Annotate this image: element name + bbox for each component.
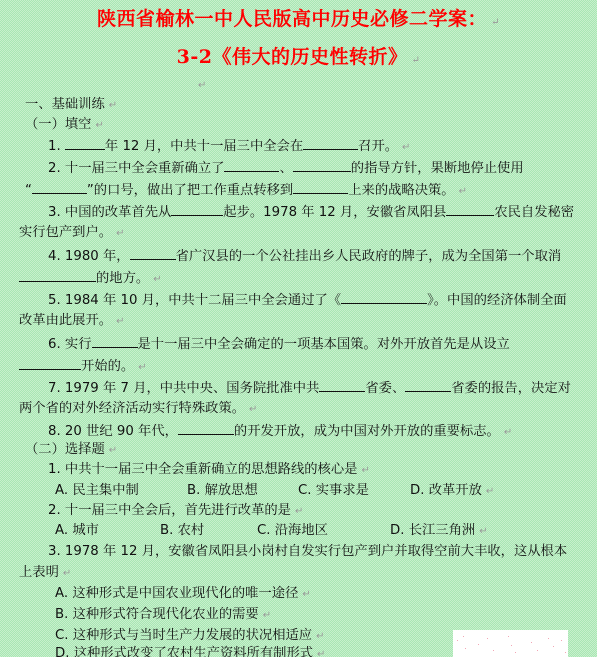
choice-option-2c[interactable]: C. 沿海地区	[257, 522, 328, 540]
option-text: B. 解放思想	[187, 483, 258, 498]
paragraph-mark-icon: ↵	[116, 316, 124, 327]
option-text: B. 这种形式符合现代化农业的需要	[55, 607, 259, 622]
item-text: 2. 十一届三中全会重新确立了	[48, 161, 224, 176]
subsection-heading-choice: （二）选择题↵	[25, 441, 117, 460]
paragraph-mark-icon: ↵	[302, 589, 310, 600]
item-text: 》。中国的经济体制全面	[427, 293, 567, 308]
paragraph-mark-icon: ↵	[153, 274, 161, 285]
item-text: 7. 1979 年 7 月，中共中央、国务院批准中共	[48, 381, 319, 396]
subtitle-text: 3-2《伟大的历史性转折》	[177, 46, 408, 68]
option-text: D. 改革开放	[410, 483, 482, 498]
paragraph-mark-icon: ↵	[263, 610, 271, 621]
item-text: “	[25, 183, 32, 198]
item-text: 年 12 月，中共十一届三中全会在	[105, 139, 303, 154]
paragraph-mark-icon: ↵	[116, 228, 124, 239]
item-text: 召开。	[358, 139, 398, 154]
choice-option-1a[interactable]: A. 民主集中制	[55, 482, 139, 500]
document-title-line2: 3-2《伟大的历史性转折》↵	[0, 42, 597, 69]
fill-item-4: 4. 1980 年，省广汉县的一个公社挂出乡人民政府的牌子，成为全国第一个取消	[48, 246, 561, 266]
choice-option-3b[interactable]: B. 这种形式符合现代化农业的需要↵	[55, 606, 271, 625]
blank-field[interactable]	[405, 378, 451, 392]
paragraph-mark-icon: ↵	[459, 186, 467, 197]
paragraph-mark-icon: ↵	[295, 506, 303, 517]
paragraph-mark-icon: ↵	[249, 404, 257, 415]
item-text: 农民自发秘密	[494, 205, 574, 220]
choice-question-3-cont: 上表明↵	[19, 564, 71, 583]
paragraph-mark-icon: ↵	[63, 568, 71, 579]
paragraph-mark-icon: ↵	[402, 142, 410, 153]
option-text: A. 城市	[55, 523, 99, 538]
item-text: 的指导方针，果断地停止使用	[351, 161, 524, 176]
choice-option-3a[interactable]: A. 这种形式是中国农业现代化的唯一途径↵	[55, 585, 311, 604]
watermark-logo	[453, 630, 568, 657]
question-stem: 3. 1978 年 12 月，安徽省凤阳县小岗村自发实行包产到户并取得空前大丰收…	[48, 544, 567, 559]
fill-item-7-cont: 两个省的对外经济活动实行特殊政策。↵	[19, 400, 257, 419]
fill-item-2-cont: “”的口号，做出了把工作重点转移到上来的战略决策。↵	[25, 180, 467, 201]
blank-field[interactable]	[341, 290, 427, 304]
choice-question-1: 1. 中共十一届三中全会重新确立的思想路线的核心是↵	[48, 461, 370, 480]
item-text: 省委、	[365, 381, 405, 396]
item-text: 省广汉县的一个公社挂出乡人民政府的牌子，成为全国第一个取消	[176, 249, 562, 264]
fill-item-3-cont: 实行包产到户。↵	[19, 224, 124, 243]
paragraph-mark-icon: ↵	[109, 100, 117, 111]
item-text: 起步。1978 年 12 月，安徽省凤阳县	[223, 205, 446, 220]
option-text: A. 这种形式是中国农业现代化的唯一途径	[55, 586, 298, 601]
question-stem: 1. 中共十一届三中全会重新确立的思想路线的核心是	[48, 462, 357, 477]
choice-option-3c[interactable]: C. 这种形式与当时生产力发展的状况相适应↵	[55, 627, 324, 646]
choice-option-1d[interactable]: D. 改革开放↵	[410, 482, 494, 501]
option-text: B. 农村	[160, 523, 204, 538]
blank-field[interactable]	[92, 334, 138, 348]
blank-field[interactable]	[293, 158, 351, 172]
item-text: 改革由此展开。	[19, 313, 112, 328]
option-text: C. 这种形式与当时生产力发展的状况相适应	[55, 628, 312, 643]
choice-question-3: 3. 1978 年 12 月，安徽省凤阳县小岗村自发实行包产到户并取得空前大丰收…	[48, 543, 567, 561]
fill-item-3: 3. 中国的改革首先从起步。1978 年 12 月，安徽省凤阳县农民自发秘密	[48, 202, 574, 222]
fill-item-1: 1. 年 12 月，中共十一届三中全会在召开。↵	[48, 136, 410, 157]
blank-field[interactable]	[130, 246, 176, 260]
blank-field[interactable]	[293, 180, 348, 194]
fill-item-5-cont: 改革由此展开。↵	[19, 312, 124, 331]
item-text: 5. 1984 年 10 月，中共十二届三中全会通过了《	[48, 293, 341, 308]
paragraph-mark-icon: ↵	[317, 649, 325, 657]
item-text: 4. 1980 年，	[48, 249, 130, 264]
document-title-line1: 陕西省榆林一中人民版高中历史必修二学案：↵	[0, 4, 597, 31]
subsection-heading-fill: （一）填空↵	[25, 116, 104, 135]
option-text: C. 实事求是	[298, 483, 369, 498]
item-text: 省委的报告，决定对	[451, 381, 571, 396]
blank-field[interactable]	[19, 268, 96, 282]
item-text: 的地方。	[96, 271, 149, 286]
paragraph-mark-icon: ↵	[109, 445, 117, 456]
paragraph-mark-icon: ↵	[361, 465, 369, 476]
paragraph-mark-icon: ↵	[479, 526, 487, 537]
option-text: D. 这种形式改变了农村生产资料所有制形式	[55, 646, 313, 657]
item-text: 开始的。	[81, 359, 134, 374]
question-stem: 上表明	[19, 565, 59, 580]
fill-item-7: 7. 1979 年 7 月，中共中央、国务院批准中共省委、省委的报告，决定对	[48, 378, 571, 398]
blank-field[interactable]	[319, 378, 365, 392]
option-text: C. 沿海地区	[257, 523, 328, 538]
item-text: 实行包产到户。	[19, 225, 112, 240]
paragraph-mark-icon: ↵	[95, 120, 103, 131]
choice-option-3d[interactable]: D. 这种形式改变了农村生产资料所有制形式↵	[55, 645, 325, 657]
item-text: ”的口号，做出了把工作重点转移到	[87, 183, 293, 198]
blank-field[interactable]	[171, 202, 223, 216]
paragraph-mark-icon: ↵	[491, 17, 500, 28]
item-text: 两个省的对外经济活动实行特殊政策。	[19, 401, 245, 416]
blank-field[interactable]	[178, 421, 234, 435]
paragraph-mark-icon: ↵	[138, 362, 146, 373]
blank-field[interactable]	[446, 202, 494, 216]
question-stem: 2. 十一届三中全会后，首先进行改革的是	[48, 503, 291, 518]
option-text: A. 民主集中制	[55, 483, 139, 498]
heading-text: （一）填空	[25, 117, 91, 132]
choice-question-2: 2. 十一届三中全会后，首先进行改革的是↵	[48, 502, 303, 521]
paragraph-mark-icon: ↵	[316, 631, 324, 642]
paragraph-mark-icon: ↵	[486, 486, 494, 497]
item-text: 8. 20 世纪 90 年代，	[48, 424, 178, 439]
fill-item-5: 5. 1984 年 10 月，中共十二届三中全会通过了《》。中国的经济体制全面	[48, 290, 567, 310]
item-text: 上来的战略决策。	[348, 183, 454, 198]
fill-item-2: 2. 十一届三中全会重新确立了、的指导方针，果断地停止使用	[48, 158, 524, 178]
choice-option-2d[interactable]: D. 长江三角洲↵	[390, 522, 488, 541]
title-text: 陕西省榆林一中人民版高中历史必修二学案：	[97, 8, 487, 30]
item-text: 、	[279, 161, 292, 176]
item-text: 6. 实行	[48, 337, 92, 352]
fill-item-6-cont: 开始的。↵	[19, 356, 147, 377]
item-text: 是十一届三中全会确定的一项基本国策。对外开放首先是从设立	[138, 337, 510, 352]
choice-option-1b[interactable]: B. 解放思想	[187, 482, 258, 500]
item-text: 3. 中国的改革首先从	[48, 205, 171, 220]
blank-field[interactable]	[65, 136, 105, 150]
option-text: D. 长江三角洲	[390, 523, 475, 538]
choice-option-2a[interactable]: A. 城市	[55, 522, 99, 540]
fill-item-4-cont: 的地方。↵	[19, 268, 162, 289]
paragraph-mark-icon: ↵	[504, 427, 512, 438]
heading-text: （二）选择题	[25, 442, 105, 457]
heading-text: 一、基础训练	[25, 97, 105, 112]
paragraph-mark-icon: ↵	[411, 55, 420, 66]
blank-field[interactable]	[224, 158, 279, 172]
blank-field[interactable]	[303, 136, 358, 150]
section-heading: 一、基础训练↵	[25, 96, 117, 115]
choice-option-2b[interactable]: B. 农村	[160, 522, 204, 540]
item-text: 的开发开放，成为中国对外开放的重要标志。	[234, 424, 500, 439]
blank-field[interactable]	[32, 180, 87, 194]
item-text: 1.	[48, 139, 65, 154]
fill-item-8: 8. 20 世纪 90 年代，的开发开放，成为中国对外开放的重要标志。↵	[48, 421, 512, 442]
choice-option-1c[interactable]: C. 实事求是	[298, 482, 369, 500]
paragraph-mark-icon: ↵	[198, 80, 206, 91]
blank-field[interactable]	[19, 356, 81, 370]
fill-item-6: 6. 实行是十一届三中全会确定的一项基本国策。对外开放首先是从设立	[48, 334, 510, 354]
